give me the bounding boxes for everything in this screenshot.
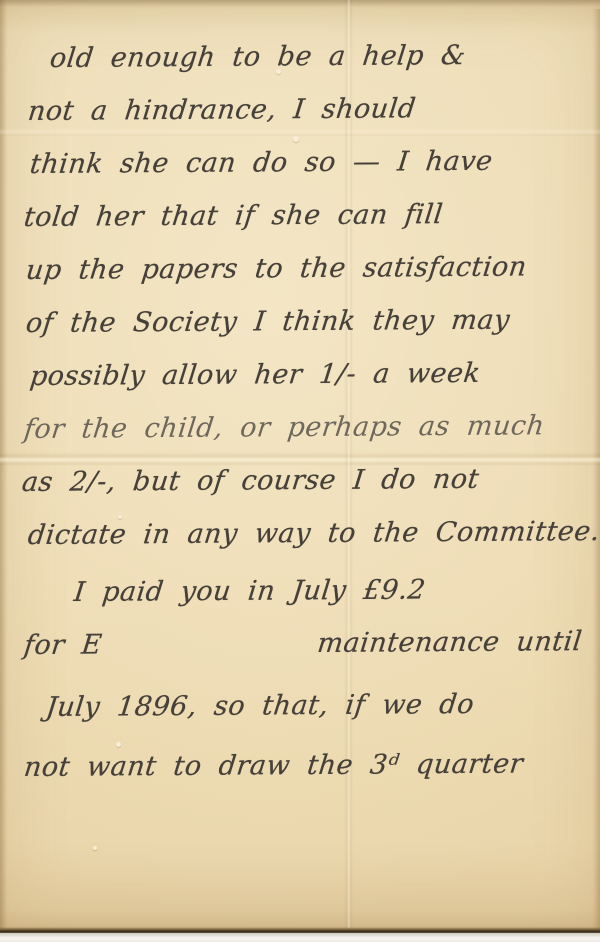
handwritten-text: possibly allow her 1/- a week [28, 358, 482, 392]
handwritten-text: old enough to be a help & [48, 40, 467, 74]
handwritten-line: up the papers to the satisfaction [24, 252, 593, 286]
handwritten-text: of the Society I think they may [24, 305, 511, 339]
paper-edge-top [0, 0, 600, 7]
handwritten-line: told her that if she can fill [22, 199, 593, 233]
handwritten-line: July 1896, so that, if we do [44, 689, 593, 723]
handwritten-line: old enough to be a help & [48, 40, 593, 74]
handwritten-text: I paid you in July £9.2 [72, 575, 427, 608]
scanned-letter-page: old enough to be a help &not a hindrance… [0, 0, 600, 942]
handwritten-line: for the child, or perhaps as much [22, 411, 593, 445]
handwritten-line: I paid you in July £9.2 [72, 574, 593, 608]
handwritten-text: not want to draw the 3ᵈ quarter [22, 749, 525, 784]
handwritten-line: not a hindrance, I should [26, 93, 593, 127]
handwritten-text: up the papers to the satisfaction [24, 251, 528, 286]
handwritten-text: dictate in any way to the Committee. [26, 516, 600, 551]
handwritten-text: July 1896, so that, if we do [44, 689, 476, 723]
handwritten-text: as 2/-, but of course I do not [20, 464, 481, 498]
handwritten-text: for E [22, 630, 103, 661]
handwritten-text: told her that if she can fill [22, 199, 444, 233]
handwritten-line: possibly allow her 1/- a week [28, 358, 593, 392]
handwritten-line: think she can do so — I have [28, 146, 593, 180]
paper-edge-right [593, 9, 600, 933]
paper-edge-left [0, 0, 7, 933]
handwritten-line: dictate in any way to the Committee. [26, 517, 593, 551]
handwritten-line: as 2/-, but of course I do not [20, 464, 593, 498]
handwritten-line: not want to draw the 3ᵈ quarter [22, 749, 593, 783]
handwritten-text: think she can do so — I have [28, 146, 494, 180]
scanner-background-strip [0, 933, 600, 942]
handwritten-text: maintenance until [316, 627, 584, 659]
letter-lines: old enough to be a help &not a hindrance… [14, 44, 592, 806]
paper-blemish [93, 846, 97, 850]
handwritten-line: of the Society I think they may [24, 305, 593, 339]
handwritten-text: not a hindrance, I should [26, 93, 417, 127]
handwritten-text: for the child, or perhaps as much [22, 410, 546, 445]
handwritten-line: for Emaintenance until [22, 627, 593, 661]
